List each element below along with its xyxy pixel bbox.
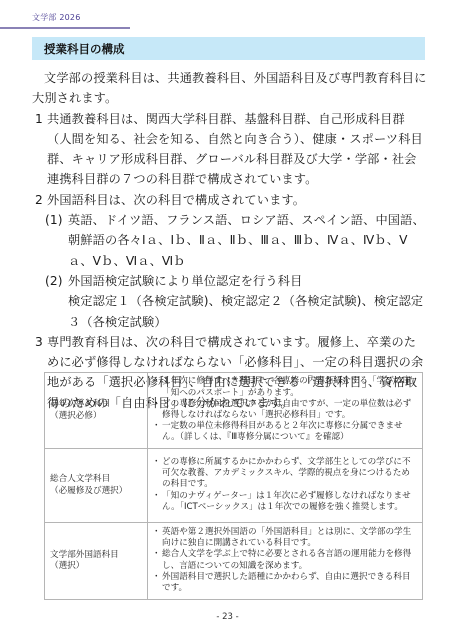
bullet-item: ・「知のナヴィゲーター」は１年次に必ず履修しなければなりません。「ICTベーシッ… xyxy=(152,491,418,513)
category-note: （必履修及び選択） xyxy=(50,486,147,497)
item-number: 3 xyxy=(35,332,43,352)
bullet-item: ・一定数の単位未修得科目があると２年次に専修に分属できません。（詳しくは、『Ⅲ専… xyxy=(152,421,418,443)
list-item-2: 2 外国語科目は、次の科目で構成されています。 xyxy=(32,190,427,210)
category-cell: 総合人文学科目 （必履修及び選択） xyxy=(45,449,148,523)
section-title-bar: 授業科目の構成 xyxy=(32,37,425,60)
table-row: 文学部外国語科目 （選択） ・英語や第２選択外国語の「外国語科目」とは別に、文学… xyxy=(45,523,423,600)
header-rule xyxy=(0,27,130,29)
item-text: 外国語科目は、次の科目で構成されています。 xyxy=(47,193,305,207)
item-number: 2 xyxy=(35,190,43,210)
bullet-item: ・英語や第２選択外国語の「外国語科目」とは別に、文学部の学生向けに独自に開講され… xyxy=(152,527,418,549)
sub-item-text: 英語、ドイツ語、フランス語、ロシア語、スペイン語、中国語、朝鮮語の各々Ⅰａ、Ⅰｂ… xyxy=(68,213,425,268)
item-text: 共通教養科目は、関西大学科目群、基盤科目群、自己形成科目群（人間を知る、社会を知… xyxy=(47,112,423,187)
document-body: 文学部の授業科目は、共通教養科目、外国語科目及び専門教育科目に大別されます。 1… xyxy=(32,68,427,413)
category-name: 総合人文学科目 xyxy=(50,474,147,485)
running-header: 文学部 2026 xyxy=(32,12,81,23)
bullet-icon: ・ xyxy=(152,572,161,583)
list-item-1: 1 共通教養科目は、関西大学科目群、基盤科目群、自己形成科目群（人間を知る、社会… xyxy=(32,109,427,190)
bullet-item: ・どの専修に所属するかにかかわらず、文学部生としての学びに不可欠な教養、アカデミ… xyxy=(152,457,418,491)
subject-category-table: 初年次導入科目 （選択必修） ・１年次に修得すべき科目で、各専修の内容を紹介する… xyxy=(44,372,423,600)
category-cell: 文学部外国語科目 （選択） xyxy=(45,523,148,600)
section-title: 授業科目の構成 xyxy=(44,41,125,57)
category-name: 文学部外国語科目 xyxy=(50,550,147,561)
bullet-item: ・総合人文学を学ぶ上で特に必要とされる各言語の運用能力を修得し、言語についての知… xyxy=(152,549,418,571)
bullet-icon: ・ xyxy=(152,549,161,560)
sub-item-1: (1) 英語、ドイツ語、フランス語、ロシア語、スペイン語、中国語、朝鮮語の各々Ⅰ… xyxy=(32,210,427,271)
sub-item-text: 外国語検定試験により単位認定を行う科目 xyxy=(68,274,302,288)
sub-item-2: (2) 外国語検定試験により単位認定を行う科目 xyxy=(32,271,427,291)
bullet-item: ・どの専修の科目を選択するかは自由ですが、一定の単位数は必ず修得しなければならな… xyxy=(152,399,418,421)
description-cell: ・１年次に修得すべき科目で、各専修の内容を紹介する「学びの扉」「知へのパスポート… xyxy=(148,373,423,449)
table-row: 初年次導入科目 （選択必修） ・１年次に修得すべき科目で、各専修の内容を紹介する… xyxy=(45,373,423,449)
bullet-item: ・１年次に修得すべき科目で、各専修の内容を紹介する「学びの扉」「知へのパスポート… xyxy=(152,376,418,398)
item-number: 1 xyxy=(35,109,43,129)
intro-paragraph: 文学部の授業科目は、共通教養科目、外国語科目及び専門教育科目に大別されます。 xyxy=(32,68,427,109)
page-number: - 23 - xyxy=(0,612,455,622)
bullet-icon: ・ xyxy=(152,491,161,502)
description-cell: ・英語や第２選択外国語の「外国語科目」とは別に、文学部の学生向けに独自に開講され… xyxy=(148,523,423,600)
bullet-icon: ・ xyxy=(152,421,161,432)
category-cell: 初年次導入科目 （選択必修） xyxy=(45,373,148,449)
bullet-item: ・外国語科目で選択した語種にかかわらず、自由に選択できる科目です。 xyxy=(152,572,418,594)
bullet-icon: ・ xyxy=(152,457,161,468)
category-note: （選択） xyxy=(50,561,147,572)
bullet-icon: ・ xyxy=(152,376,161,387)
sub-item-number: (2) xyxy=(45,271,63,291)
category-note: （選択必修） xyxy=(50,411,147,422)
bullet-icon: ・ xyxy=(152,399,161,410)
description-cell: ・どの専修に所属するかにかかわらず、文学部生としての学びに不可欠な教養、アカデミ… xyxy=(148,449,423,523)
table-row: 総合人文学科目 （必履修及び選択） ・どの専修に所属するかにかかわらず、文学部生… xyxy=(45,449,423,523)
sub-item-detail: 検定認定１（各検定試験)、検定認定２（各検定試験)、検定認定３（各検定試験） xyxy=(32,291,427,332)
category-name: 初年次導入科目 xyxy=(50,399,147,410)
bullet-icon: ・ xyxy=(152,527,161,538)
sub-item-number: (1) xyxy=(45,210,63,230)
